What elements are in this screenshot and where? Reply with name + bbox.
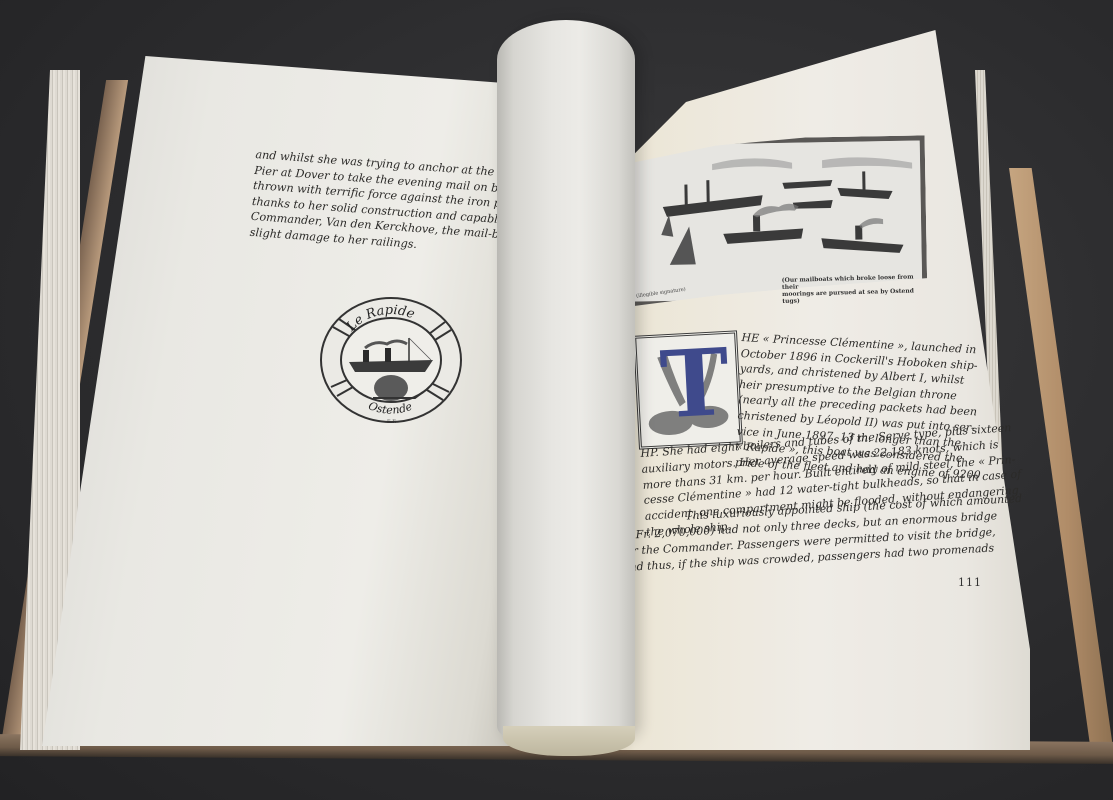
illustration-caption: (Our mailboats which broke loose from th… xyxy=(782,273,933,305)
page-number: 111 xyxy=(958,576,982,589)
decorated-drop-cap: T xyxy=(633,330,743,449)
emblem-initials: E.F. xyxy=(387,419,397,425)
drop-cap-letter: T xyxy=(658,330,732,439)
curled-page[interactable] xyxy=(497,20,635,746)
left-page-text: and whilst she was trying to anchor at t… xyxy=(249,147,515,259)
le-rapide-emblem: Le Rapide Ostende E.F. xyxy=(315,292,467,427)
